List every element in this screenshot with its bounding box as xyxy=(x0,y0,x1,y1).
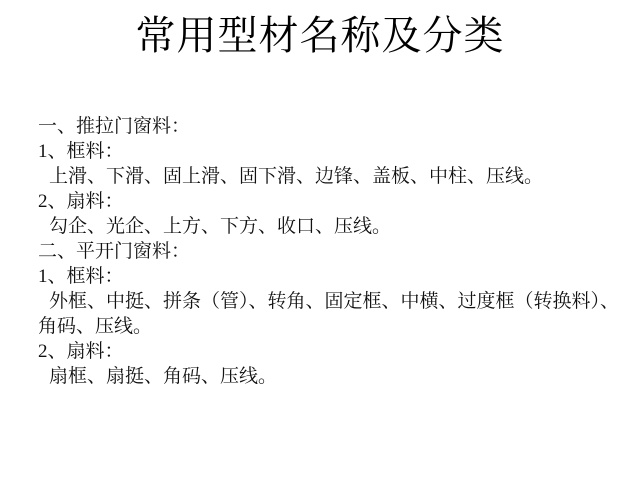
body-line: 外框、中挺、拼条（管）、转角、固定框、中横、过度框（转换料）、 xyxy=(38,289,640,314)
body-line: 2、扇料： xyxy=(38,339,640,364)
body-line: 扇框、扇挺、角码、压线。 xyxy=(38,364,640,389)
body-line: 角码、压线。 xyxy=(38,314,640,339)
body-line: 勾企、光企、上方、下方、收口、压线。 xyxy=(38,214,640,239)
body-line: 1、框料： xyxy=(38,139,640,164)
slide-body: 一、推拉门窗料： 1、框料： 上滑、下滑、固上滑、固下滑、边锋、盖板、中柱、压线… xyxy=(38,114,640,389)
body-line: 一、推拉门窗料： xyxy=(38,114,640,139)
body-line: 2、扇料： xyxy=(38,189,640,214)
body-line: 上滑、下滑、固上滑、固下滑、边锋、盖板、中柱、压线。 xyxy=(38,164,640,189)
body-line: 二、平开门窗料： xyxy=(38,239,640,264)
body-line: 1、框料： xyxy=(38,264,640,289)
slide-canvas: 常用型材名称及分类 一、推拉门窗料： 1、框料： 上滑、下滑、固上滑、固下滑、边… xyxy=(0,0,640,480)
slide-title: 常用型材名称及分类 xyxy=(0,12,640,60)
